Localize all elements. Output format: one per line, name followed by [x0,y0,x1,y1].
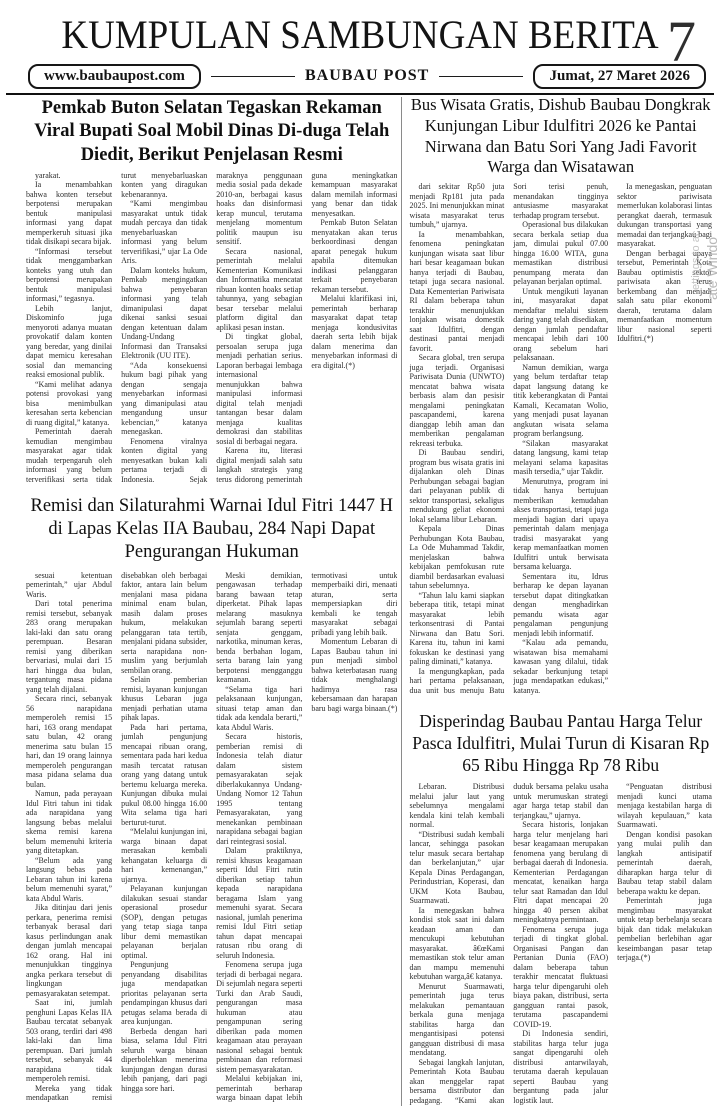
page-content: Pemkab Buton Selatan Tegaskan Rekaman Vi… [0,95,720,1106]
paragraph: “Informasi tersebut tidak menggambarkan … [26,247,112,304]
article-body: yarakat.Ia menambahkan bahwa konten ters… [26,171,397,489]
rule-left [211,76,295,77]
paragraph: Lebaran. Distribusi melalui jalur laut y… [409,782,504,830]
paragraph: Pengunjung penyandang disabilitas juga m… [121,960,207,1027]
paragraph: Momentum Lebaran di Lapas Baubau tahun i… [311,637,397,713]
article-remisi-lapas: Remisi dan Silaturahmi Warnai Idul Fitri… [26,489,397,1106]
paragraph: Menurut Suarmawati, pemerintah juga teru… [409,982,504,1058]
article-body: dari sekitar Rp50 juta menjadi Rp181 jut… [409,182,712,704]
paragraph: Ia menegaskan, penguatan sektor pariwisa… [617,182,712,249]
paragraph: Dalam konteks hukum, Pemkab mengingatkan… [121,266,207,361]
article-body: sesuai ketentuan pemerintah,” ujar Abdul… [26,571,397,1106]
paragraph: Secara historis, pemberian remisi di Ind… [216,732,302,846]
paragraph: Pemerintah juga mengimbau masyarakat unt… [617,896,712,963]
paragraph: Namun demikian, warga yang belum terdaft… [513,363,608,439]
masthead-label: BAUBAU POST [305,67,429,85]
paragraph: “Ada konsekuensi hukum bagi pihak yang d… [121,361,207,437]
paragraph: “Kami melihat adanya potensi provokasi y… [26,380,112,428]
rule-right [439,76,523,77]
paragraph: “Kami mengimbau masyarakat untuk tidak m… [121,199,207,266]
article-headline: Pemkab Buton Selatan Tegaskan Rekaman Vi… [26,95,397,171]
paragraph: “Melalui kunjungan ini, warga binaan dap… [121,827,207,884]
paragraph: Menurutnya, program ini tidak hanya bert… [513,477,608,572]
paragraph: Pada hari pertama, jumlah pengunjung men… [121,723,207,828]
article-pemkab-buton: Pemkab Buton Selatan Tegaskan Rekaman Vi… [26,95,397,489]
paragraph: Operasional bus dilakukan secara berkala… [513,220,608,287]
paragraph: “Tahun lalu kami siapkan beberapa titik,… [409,591,504,667]
article-headline: Bus Wisata Gratis, Dishub Baubau Dongkra… [409,95,712,182]
paragraph: Namun, pada perayaan Idul Fitri tahun in… [26,789,112,856]
paragraph: “Belum ada yang langsung bebas pada Leba… [26,856,112,904]
paragraph: Di tingkat global, persoalan serupa juga… [216,332,302,446]
paragraph: “Selama tiga hari pelaksanaan kunjungan,… [216,685,302,733]
paragraph: Untuk mengikuti layanan ini, masyarakat … [513,287,608,363]
right-section: Bus Wisata Gratis, Dishub Baubau Dongkra… [402,95,720,1106]
paragraph: Ia menambahkan, fenomena peningkatan kun… [409,230,504,354]
paragraph: Ia menegaskan bahwa kondisi stok saat in… [409,906,504,982]
paragraph: Dari total penerima remisi tersebut, seb… [26,599,112,694]
article-headline: Disperindag Baubau Pantau Harga Telur Pa… [409,704,712,782]
paragraph: “Kalau ada pemandu, wisatawan bisa memah… [513,638,608,695]
paragraph: Fenomena serupa juga terjadi di tingkat … [513,925,608,1030]
left-section: Pemkab Buton Selatan Tegaskan Rekaman Vi… [0,95,401,1106]
paragraph: Dalam praktiknya, remisi khusus keagamaa… [216,846,302,960]
paragraph: Melalui klarifikasi ini, pemerintah berh… [311,294,397,370]
paragraph: Secara global, tren serupa juga terjadi.… [409,353,504,448]
article-bus-wisata: Bus Wisata Gratis, Dishub Baubau Dongkra… [409,95,712,704]
paragraph: Pelayanan kunjungan dilakukan sesuai sta… [121,884,207,960]
paragraph: Lebih lanjut, Diskominfo juga menyoroti … [26,304,112,380]
paragraph: Dengan kondisi pasokan yang mulai pulih … [617,830,712,897]
paragraph: Berbeda dengan hari biasa, selama Idul F… [121,1027,207,1094]
paragraph: Sementara itu, Idrus berharap ke depan l… [513,572,608,639]
paragraph: Selain pemberian remisi, layanan kunjung… [121,675,207,723]
paragraph: “Silakan masyarakat datang langsung, kam… [513,439,608,477]
paragraph: yarakat. [26,171,112,181]
article-disperindag-telur: Disperindag Baubau Pantau Harga Telur Pa… [409,704,712,1106]
page-number: 7 [667,8,696,75]
paragraph: Fenomena serupa juga terjadi di berbagai… [216,960,302,1074]
paragraph: Meski demikian, pengawasan terhadap bara… [216,571,302,685]
paragraph: Ia menambahkan bahwa konten tersebut ber… [26,180,112,247]
website-box: www.baubaupost.com [28,64,201,89]
article-body: Lebaran. Distribusi melalui jalur laut y… [409,782,712,1106]
paragraph: “Distribusi sudah kembali lancar, sehing… [409,830,504,906]
info-bar: www.baubaupost.com BAUBAU POST Jumat, 27… [28,62,706,90]
masthead: KUMPULAN SAMBUNGAN BERITA 7 [0,0,720,58]
paragraph: Secara historis, lonjakan harga telur me… [513,820,608,925]
paragraph: Kepala Dinas Perhubungan Kota Baubau, La… [409,524,504,591]
paragraph: Secara rinci, sebanyak 56 narapidana mem… [26,694,112,789]
page-title: KUMPULAN SAMBUNGAN BERITA [61,12,658,58]
paragraph: Saat ini, jumlah penghuni Lapas Kelas II… [26,998,112,1084]
paragraph: Pemkab Buton Selatan menyatakan akan ter… [311,218,397,294]
newspaper-page: KUMPULAN SAMBUNGAN BERITA 7 www.baubaupo… [0,0,720,1106]
paragraph: Di Indonesia sendiri, stabilitas harga t… [513,1029,608,1105]
paragraph: Dengan berbagai upaya tersebut, Pemerint… [617,249,712,344]
paragraph: “Penguatan distribusi menjadi kunci utam… [617,782,712,830]
paragraph: dari sekitar Rp50 juta menjadi Rp181 jut… [409,182,504,230]
paragraph: Jika ditinjau dari jenis perkara, peneri… [26,903,112,998]
paragraph: Di Baubau sendiri, program bus wisata gr… [409,448,504,524]
paragraph: Secara nasional, pemerintah melalui Keme… [216,247,302,333]
paragraph: sesuai ketentuan pemerintah,” ujar Abdul… [26,571,112,600]
article-headline: Remisi dan Silaturahmi Warnai Idul Fitri… [26,489,397,571]
